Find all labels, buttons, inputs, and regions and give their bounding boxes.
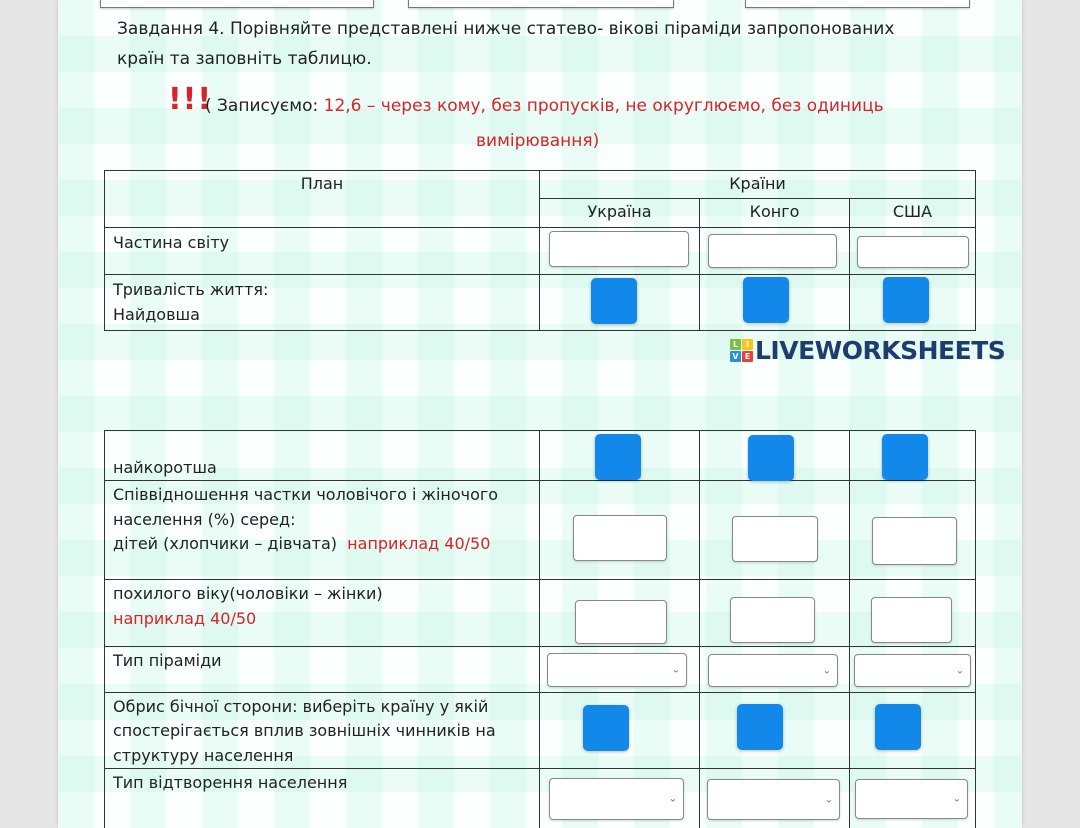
pyramid-type-select-ukraine[interactable]: ⌄: [547, 653, 687, 687]
world-part-input-usa[interactable]: [857, 236, 969, 268]
drop-target-longest-congo[interactable]: [743, 277, 789, 323]
row-label: Співвідношення частки чоловічого і жіноч…: [105, 481, 540, 580]
drop-target-shortest-usa[interactable]: [882, 434, 928, 480]
row-label: Тип відтворення населення: [105, 769, 540, 828]
country-usa: США: [850, 199, 976, 228]
reproduction-type-select-usa[interactable]: ⌄: [855, 779, 968, 819]
children-ratio-input-congo[interactable]: [732, 516, 818, 562]
drop-target-longest-usa[interactable]: [883, 277, 929, 323]
chevron-down-icon: ⌄: [825, 794, 833, 805]
world-part-input-ukraine[interactable]: [549, 231, 689, 267]
row-label: Обрис бічної сторони: виберіть країну у …: [105, 693, 540, 769]
chevron-down-icon: ⌄: [672, 665, 680, 676]
drop-target-shortest-congo[interactable]: [748, 435, 794, 481]
instruction-note: ( Записуємо: 12,6 – через кому, без проп…: [205, 91, 884, 121]
row-label: Тип піраміди: [105, 647, 540, 693]
chevron-down-icon: ⌄: [669, 794, 677, 805]
children-ratio-input-ukraine[interactable]: [573, 515, 667, 561]
reproduction-type-select-congo[interactable]: ⌄: [707, 779, 840, 820]
pyramid-type-select-congo[interactable]: ⌄: [708, 654, 838, 687]
country-ukraine: Україна: [540, 199, 700, 228]
comparison-table-top: План Країни Україна Конго США Частина св…: [104, 170, 976, 331]
children-ratio-input-usa[interactable]: [872, 517, 957, 565]
countries-header: Країни: [540, 171, 976, 199]
world-part-input-congo[interactable]: [708, 234, 837, 268]
task-title: Завдання 4. Порівняйте представлені нижч…: [117, 14, 894, 44]
instruction-red-cont: вимірювання): [476, 126, 599, 156]
drop-target-external-factors-congo[interactable]: [737, 704, 783, 750]
row-label: Тривалість життя: Найдовша: [105, 275, 540, 331]
country-congo: Конго: [700, 199, 850, 228]
instruction-prefix: ( Записуємо:: [205, 96, 324, 116]
previous-answer-box[interactable]: [745, 0, 970, 8]
drop-target-shortest-ukraine[interactable]: [595, 434, 641, 480]
comparison-table-bottom: найкоротша Співвідношення частки чоловіч…: [104, 430, 976, 828]
plan-header: План: [105, 171, 540, 228]
previous-answer-box[interactable]: [100, 0, 374, 8]
task-title-cont: країн та заповніть таблицю.: [117, 44, 372, 74]
chevron-down-icon: ⌄: [823, 665, 831, 676]
row-label: похилого віку(чоловіки – жінки) наприкла…: [105, 580, 540, 647]
elderly-ratio-input-ukraine[interactable]: [575, 600, 667, 644]
logo-tiles-icon: L I V E: [730, 339, 753, 362]
row-label: найкоротша: [105, 431, 540, 481]
liveworksheets-logo[interactable]: L I V E LIVEWORKSHEETS: [730, 337, 1005, 363]
drop-target-external-factors-ukraine[interactable]: [583, 705, 629, 751]
row-label: Частина світу: [105, 228, 540, 275]
reproduction-type-select-ukraine[interactable]: ⌄: [549, 778, 684, 820]
elderly-ratio-input-congo[interactable]: [730, 597, 815, 643]
drop-target-external-factors-usa[interactable]: [875, 704, 921, 750]
instruction-red: 12,6 – через кому, без пропусків, не окр…: [324, 96, 884, 116]
chevron-down-icon: ⌄: [956, 665, 964, 676]
elderly-ratio-input-usa[interactable]: [871, 597, 952, 643]
logo-text: LIVEWORKSHEETS: [755, 336, 1005, 365]
pyramid-type-select-usa[interactable]: ⌄: [854, 654, 971, 687]
chevron-down-icon: ⌄: [953, 794, 961, 805]
previous-answer-box[interactable]: [408, 0, 674, 8]
drop-target-longest-ukraine[interactable]: [591, 278, 637, 324]
